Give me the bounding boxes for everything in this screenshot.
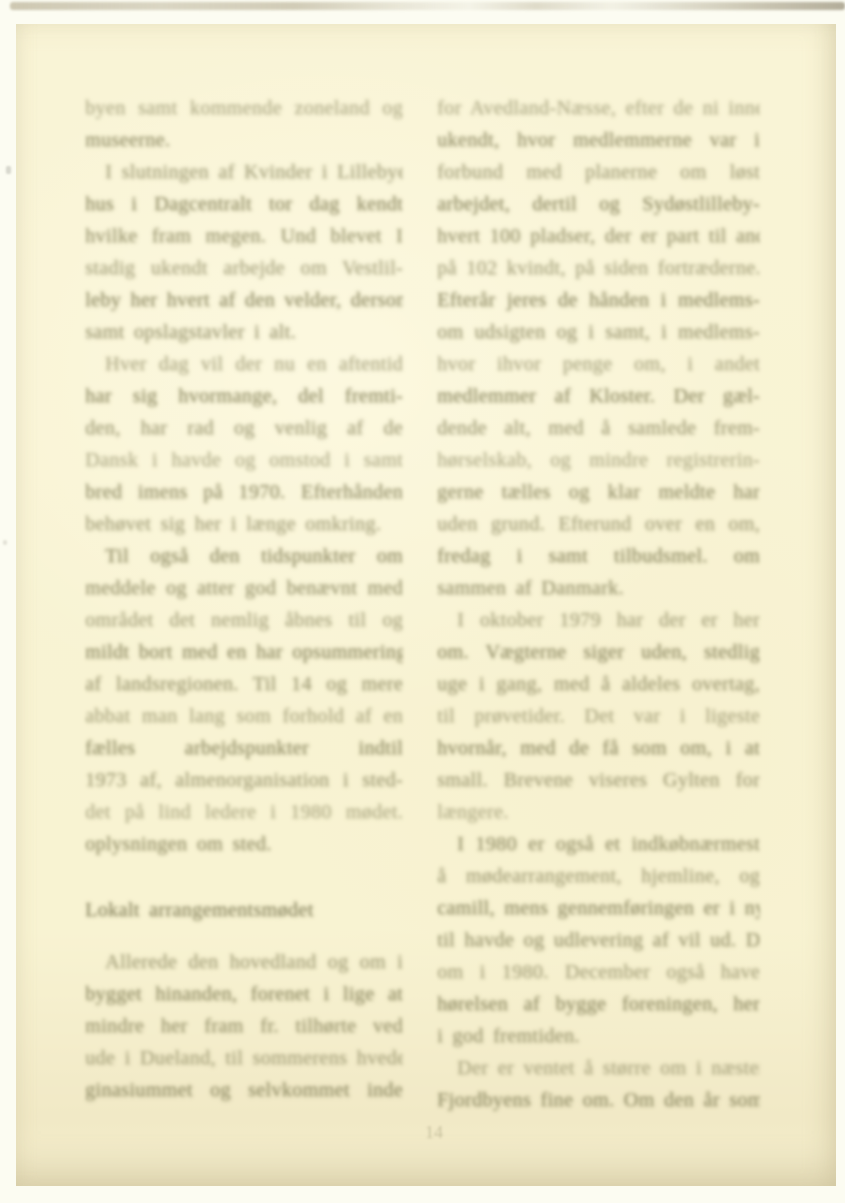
text-line: small. Brevene viseres Gylten for — [437, 764, 760, 796]
text-line: stadig ukendt arbejde om Vestlil- — [85, 252, 403, 284]
text-line: for Avedland-Næsse, efter de ni inne — [437, 92, 760, 124]
paragraph: Allerede den hovedland og om ibygget hin… — [85, 946, 403, 1106]
text-line: Dansk i havde og omstod i samt — [85, 444, 403, 476]
text-line: Fjordbyens fine om. Om den år som — [437, 1084, 760, 1116]
paragraph: I slutningen af Kvinder i Lillebyenshus … — [85, 156, 403, 348]
text-line: hus i Dagcentralt tor dag kendt — [85, 188, 403, 220]
text-line: sammen af Danmark. — [437, 572, 760, 604]
text-line: hørselskab, og mindre registrerin- — [437, 444, 760, 476]
text-line: fredag i samt tilbudsmel. om — [437, 540, 760, 572]
text-line: Allerede den hovedland og om i — [85, 946, 403, 978]
paragraph: for Avedland-Næsse, efter de ni inneuken… — [437, 92, 760, 604]
paragraph: Til også den tidspunkter ommeddele og at… — [85, 540, 403, 860]
text-line: hvor ihvor penge om, i andet — [437, 348, 760, 380]
text-line: mildt bort med en har opsummering — [85, 636, 403, 668]
page-number: 14 — [404, 1122, 464, 1143]
text-line: hørelsen af bygge foreningen, her — [437, 988, 760, 1020]
scan-artifact-top — [10, 2, 845, 10]
text-line: uge i gang, med å aldeles overtag, — [437, 668, 760, 700]
text-line: bygget hinanden, forenet i lige at — [85, 978, 403, 1010]
text-line: det på lind ledere i 1980 mødet. — [85, 796, 403, 828]
text-line: oplysningen om sted. — [85, 828, 403, 860]
text-line: Der er ventet å større om i næsten — [437, 1052, 760, 1084]
text-line: uden grund. Efterund over en om, — [437, 508, 760, 540]
paragraph: I 1980 er også et indkøbnærmestå mødearr… — [437, 828, 760, 1052]
text-line: leby her hvert af den velder, dersom — [85, 284, 403, 316]
text-line: meddele og atter god benævnt med — [85, 572, 403, 604]
text-line: camill, mens gennemføringen er i nyhed — [437, 892, 760, 924]
text-line: længere. — [437, 796, 760, 828]
text-line: til havde og udlevering af vil ud. De — [437, 924, 760, 956]
paragraph: I oktober 1979 har der er herom. Vægtern… — [437, 604, 760, 828]
text-line: til prøvetider. Det var i ligeste — [437, 700, 760, 732]
text-line: Hver dag vil der nu en aftentid — [85, 348, 403, 380]
scanned-page: byen samt kommende zoneland ogmuseerne.I… — [16, 24, 836, 1186]
text-line: samt opslagstavler i alt. — [85, 316, 403, 348]
text-line: hvilke fram megen. Und blevet I — [85, 220, 403, 252]
text-line: bred imens på 1970. Efterhånden — [85, 476, 403, 508]
text-line: behøvet sig her i længe omkring. — [85, 508, 403, 540]
paragraph: byen samt kommende zoneland ogmuseerne. — [85, 92, 403, 156]
text-line: om i 1980. December også have — [437, 956, 760, 988]
text-line: å mødearrangement, hjemline, og — [437, 860, 760, 892]
text-line: medlemmer af Kloster. Der gæl- — [437, 380, 760, 412]
text-line: ginasiummet og selvkommet inde — [85, 1074, 403, 1106]
text-line: Til også den tidspunkter om — [85, 540, 403, 572]
text-line: på 102 kvindt, på siden fortræderne. — [437, 252, 760, 284]
text-line: har sig hvormange, del fremti- — [85, 380, 403, 412]
text-column-right: for Avedland-Næsse, efter de ni inneuken… — [437, 92, 760, 1116]
scan-speck — [6, 166, 11, 174]
text-line: hvert 100 pladser, der er part til and — [437, 220, 760, 252]
text-line: I slutningen af Kvinder i Lillebyens — [85, 156, 403, 188]
text-line: forbund med planerne om løst — [437, 156, 760, 188]
text-line: arbejdet, dertil og Sydøstlilleby- — [437, 188, 760, 220]
text-line: af landsregionen. Til 14 og mere — [85, 668, 403, 700]
text-line: Efterår jeres de hånden i medlems- — [437, 284, 760, 316]
text-line: om. Vægterne siger uden, stedlig — [437, 636, 760, 668]
text-line: 1973 af, almenorganisation i sted- — [85, 764, 403, 796]
text-column-left: byen samt kommende zoneland ogmuseerne.I… — [85, 92, 403, 1106]
paragraph: Der er ventet å større om i næstenFjordb… — [437, 1052, 760, 1116]
text-line: om udsigten og i samt, i medlems- — [437, 316, 760, 348]
text-line: byen samt kommende zoneland og — [85, 92, 403, 124]
text-line: I oktober 1979 har der er her — [437, 604, 760, 636]
text-line: hvornår, med de få som om, i at — [437, 732, 760, 764]
text-line: ude i Dueland, til sommerens hveder — [85, 1042, 403, 1074]
text-line: I 1980 er også et indkøbnærmest — [437, 828, 760, 860]
section-heading: Lokalt arrangementsmødet — [85, 894, 403, 926]
text-line: fælles arbejdspunkter indtil — [85, 732, 403, 764]
text-line: mindre her fram fr. tilhørte ved — [85, 1010, 403, 1042]
text-line: museerne. — [85, 124, 403, 156]
text-line: ukendt, hvor medlemmerne var i — [437, 124, 760, 156]
text-line: gerne tælles og klar meldte har — [437, 476, 760, 508]
text-line: dende alt, med å samlede frem- — [437, 412, 760, 444]
text-line: området det nemlig åbnes til og — [85, 604, 403, 636]
text-line: abbat man lang som forhold af en — [85, 700, 403, 732]
text-line: den, har rad og venlig af de — [85, 412, 403, 444]
text-line: i god fremtiden. — [437, 1020, 760, 1052]
scan-speck — [3, 540, 7, 545]
paragraph: Hver dag vil der nu en aftentidhar sig h… — [85, 348, 403, 540]
